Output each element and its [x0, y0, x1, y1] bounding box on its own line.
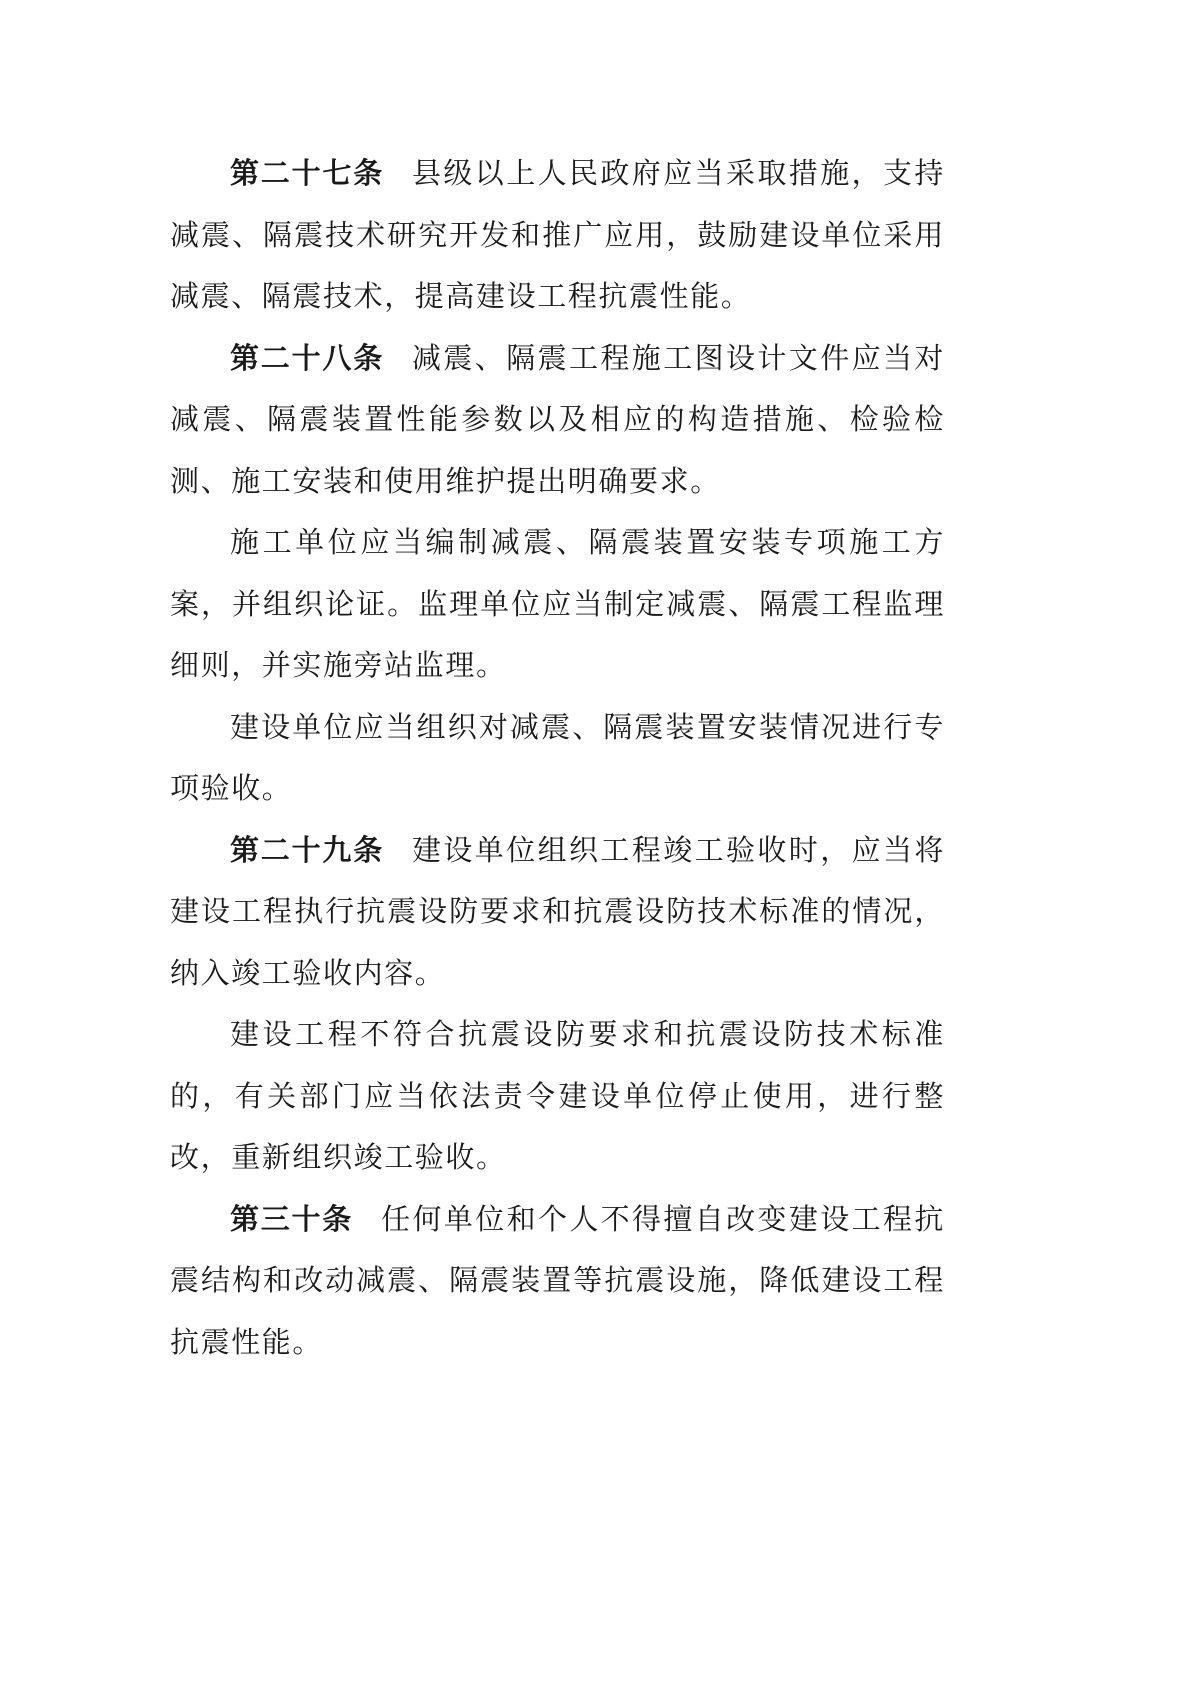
- article-number: 第二十九条: [230, 833, 384, 867]
- article-28-paragraph: 第二十八条减震、隔震工程施工图设计文件应当对减震、隔震装置性能参数以及相应的构造…: [170, 328, 945, 513]
- article-27-paragraph: 第二十七条县级以上人民政府应当采取措施，支持减震、隔震技术研究开发和推广应用，鼓…: [170, 143, 945, 328]
- article-number: 第二十八条: [230, 341, 384, 375]
- paragraph-text: 建设工程不符合抗震设防要求和抗震设防技术标准的，有关部门应当依法责令建设单位停止…: [170, 1017, 945, 1174]
- article-28-paragraph-2: 施工单位应当编制减震、隔震装置安装专项施工方案，并组织论证。监理单位应当制定减震…: [170, 512, 945, 697]
- article-29-paragraph-2: 建设工程不符合抗震设防要求和抗震设防技术标准的，有关部门应当依法责令建设单位停止…: [170, 1004, 945, 1189]
- article-number: 第三十条: [230, 1202, 353, 1236]
- paragraph-text: 施工单位应当编制减震、隔震装置安装专项施工方案，并组织论证。监理单位应当制定减震…: [170, 525, 945, 682]
- article-28-paragraph-3: 建设单位应当组织对减震、隔震装置安装情况进行专项验收。: [170, 697, 945, 820]
- paragraph-text: 建设单位应当组织对减震、隔震装置安装情况进行专项验收。: [170, 710, 945, 806]
- article-29-paragraph: 第二十九条建设单位组织工程竣工验收时，应当将建设工程执行抗震设防要求和抗震设防技…: [170, 820, 945, 1005]
- article-30-paragraph: 第三十条任何单位和个人不得擅自改变建设工程抗震结构和改动减震、隔震装置等抗震设施…: [170, 1189, 945, 1374]
- article-number: 第二十七条: [230, 156, 384, 190]
- document-page: 第二十七条县级以上人民政府应当采取措施，支持减震、隔震技术研究开发和推广应用，鼓…: [170, 143, 945, 1373]
